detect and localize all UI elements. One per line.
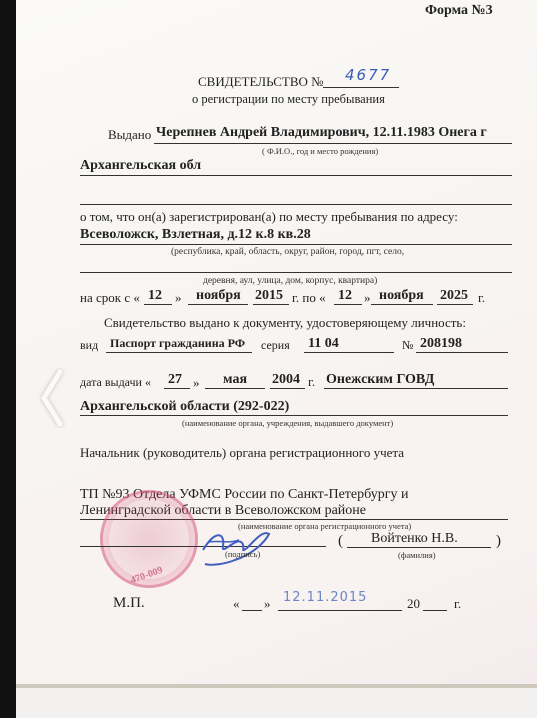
seal-label: М.П. [113, 595, 145, 612]
term-quote-1: » [175, 290, 182, 306]
surname-close-paren: ) [496, 533, 501, 550]
authority-surname: Войтенко Н.В. [371, 531, 458, 547]
surname-line [347, 547, 491, 548]
term-from-day-line [144, 304, 172, 305]
id-issuer: Онежским ГОВД [326, 372, 434, 388]
surname-open-paren: ( [338, 533, 343, 550]
surname-hint: (фамилия) [398, 550, 436, 560]
id-issuer-line [324, 388, 508, 389]
term-from-month-line [188, 304, 248, 305]
id-date-month: мая [223, 372, 247, 388]
id-number-line [416, 352, 508, 353]
issued-line [154, 143, 512, 144]
term-from-year: 2015 [255, 288, 283, 304]
certificate-subtitle: о регистрации по месту пребывания [192, 92, 385, 107]
term-to-year: 2025 [440, 288, 468, 304]
certificate-title: СВИДЕТЕЛЬСТВО № [198, 74, 324, 90]
id-date-month-line [205, 388, 265, 389]
issued-to-value-line2: Архангельская обл [80, 158, 201, 174]
term-mid: г. по « [292, 290, 326, 306]
term-suffix: г. [478, 290, 485, 306]
id-doc-intro: Свидетельство выдано к документу, удосто… [104, 315, 466, 331]
id-type-label: вид [80, 338, 98, 353]
id-date-day: 27 [168, 372, 182, 388]
certificate-number-line [323, 87, 399, 88]
term-to-day-line [334, 304, 362, 305]
id-series-label: серия [261, 338, 290, 353]
id-issuer-line2: Архангельской области (292-022) [80, 399, 289, 415]
term-to-month-line [371, 304, 433, 305]
certificate-number: 4677 [345, 66, 391, 84]
id-date-year-suffix: г. [308, 374, 315, 390]
stamped-date: 12.11.2015 [283, 590, 367, 605]
footer-quote-close: » [264, 596, 271, 612]
id-number-value: 208198 [420, 336, 462, 352]
signature-icon [195, 520, 275, 570]
id-date-year: 2004 [272, 372, 300, 388]
term-to-day: 12 [338, 288, 352, 304]
address-line-2 [80, 272, 512, 273]
id-date-label: дата выдачи « [80, 375, 151, 390]
id-series-line [304, 352, 394, 353]
form-number: Форма №3 [425, 3, 493, 19]
id-date-year-line [270, 388, 305, 389]
id-type-value: Паспорт гражданина РФ [110, 336, 245, 351]
id-date-day-line [164, 388, 190, 389]
issued-label: Выдано [108, 127, 151, 143]
footer-date-line [278, 610, 402, 611]
term-quote-2: » [364, 290, 371, 306]
blank-line [80, 204, 512, 205]
footer-day-line [242, 610, 262, 611]
issued-hint: ( Ф.И.О., год и место рождения) [262, 146, 378, 156]
footer-year-suffix: г. [454, 596, 461, 612]
address-line [80, 244, 512, 245]
footer-quote-open: « [233, 596, 240, 612]
signature-hint: (подпись) [225, 549, 260, 559]
id-type-line [106, 352, 252, 353]
id-issuer-line2-rule [80, 415, 508, 416]
term-from-year-line [253, 304, 289, 305]
footer-year-prefix: 20 [407, 596, 420, 612]
term-from-month: ноября [196, 288, 241, 304]
issued-line2 [80, 175, 512, 176]
address-hint-1: (республика, край, область, округ, район… [171, 247, 404, 257]
term-to-month: ноября [379, 288, 424, 304]
chevron-left-icon[interactable] [38, 368, 66, 428]
term-prefix: на срок с « [80, 290, 140, 306]
id-series-value: 11 04 [308, 336, 339, 352]
term-from-day: 12 [148, 288, 162, 304]
id-date-quote: » [193, 375, 200, 391]
registration-address: Всеволожск, Взлетная, д.12 к.8 кв.28 [80, 227, 311, 243]
term-to-year-line [437, 304, 473, 305]
issued-to-value: Черепнев Андрей Владимирович, 12.11.1983… [156, 125, 487, 141]
address-hint-2: деревня, аул, улица, дом, корпус, кварти… [203, 276, 377, 286]
background-surface [16, 688, 537, 718]
id-number-label: № [402, 338, 413, 353]
footer-year-line [423, 610, 447, 611]
id-issuer-hint: (наименование органа, учреждения, выдавш… [182, 418, 393, 428]
registration-intro: о том, что он(а) зарегистрирован(а) по м… [80, 209, 458, 225]
authority-head-label: Начальник (руководитель) органа регистра… [80, 445, 404, 461]
